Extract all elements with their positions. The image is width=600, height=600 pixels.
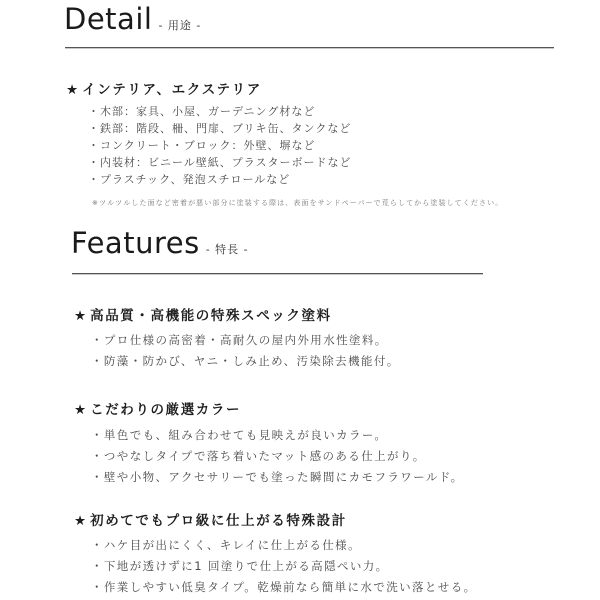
feature-heading-label: こだわりの厳選カラー	[90, 402, 241, 418]
feature-heading-quality: ★高品質・高機能の特殊スペック塗料	[74, 304, 332, 324]
detail-note: ※ツルツルした面など密着が悪い部分に塗装する際は、表面をサンドペーパーで荒らして…	[92, 199, 558, 208]
list-item: ・プラスチック、発泡スチロールなど	[88, 171, 351, 188]
list-item: ・鉄部：階段、柵、門扉、ブリキ缶、タンクなど	[88, 120, 351, 137]
detail-list: ・木部：家具、小屋、ガーデニング材など ・鉄部：階段、柵、門扉、ブリキ缶、タンク…	[88, 103, 351, 188]
detail-heading: ★インテリア、エクステリア	[66, 78, 262, 98]
list-item: ・壁や小物、アクセサリーでも塗った瞬間にカモフラワールド。	[91, 467, 464, 488]
features-divider	[72, 273, 483, 275]
list-item: ・プロ仕様の高密着・高耐久の屋内外用水性塗料。	[91, 330, 400, 351]
features-title: Features	[71, 226, 200, 260]
features-subtitle: - 特長 -	[206, 243, 249, 256]
star-icon: ★	[74, 308, 86, 324]
list-item: ・コンクリート・ブロック：外壁、塀など	[88, 137, 351, 154]
feature-heading-label: 高品質・高機能の特殊スペック塗料	[90, 308, 332, 324]
feature-heading-design: ★初めてでもプロ級に仕上がる特殊設計	[74, 509, 347, 529]
feature-heading-label: 初めてでもプロ級に仕上がる特殊設計	[90, 513, 347, 529]
detail-heading-label: インテリア、エクステリア	[82, 82, 262, 98]
feature-heading-colors: ★こだわりの厳選カラー	[74, 398, 241, 418]
list-item: ・ハケ目が出にくく、キレイに仕上がる仕様。	[91, 535, 477, 556]
detail-header: Detail- 用途 -	[64, 2, 201, 36]
feature-list-quality: ・プロ仕様の高密着・高耐久の屋内外用水性塗料。 ・防藻・防かび、ヤニ・しみ止め、…	[91, 330, 400, 372]
star-icon: ★	[66, 82, 78, 98]
feature-list-colors: ・単色でも、組み合わせても見映えが良いカラー。 ・つやなしタイプで落ち着いたマッ…	[91, 425, 464, 488]
list-item: ・単色でも、組み合わせても見映えが良いカラー。	[91, 425, 464, 446]
features-header: Features- 特長 -	[71, 226, 249, 260]
feature-list-design: ・ハケ目が出にくく、キレイに仕上がる仕様。 ・下地が透けずに1 回塗りで仕上がる…	[91, 535, 477, 598]
list-item: ・つやなしタイプで落ち着いたマット感のある仕上がり。	[91, 446, 464, 467]
list-item: ・作業しやすい低臭タイプ。乾燥前なら簡単に水で洗い落とせる。	[91, 577, 477, 598]
list-item: ・下地が透けずに1 回塗りで仕上がる高隠ぺい力。	[91, 556, 477, 577]
detail-title: Detail	[64, 2, 152, 36]
list-item: ・防藻・防かび、ヤニ・しみ止め、汚染除去機能付。	[91, 351, 400, 372]
star-icon: ★	[74, 402, 86, 418]
detail-subtitle: - 用途 -	[158, 19, 201, 32]
list-item: ・内装材：ビニール壁紙、プラスターボードなど	[88, 154, 351, 171]
star-icon: ★	[74, 513, 86, 529]
list-item: ・木部：家具、小屋、ガーデニング材など	[88, 103, 351, 120]
detail-divider	[65, 47, 554, 49]
